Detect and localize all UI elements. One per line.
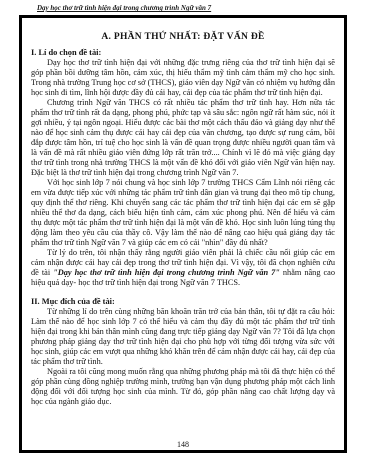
section-1-heading: I. Lí do chọn đề tài: [31, 48, 335, 58]
section-2-heading: II. Mục đích của đề tài: [31, 297, 335, 307]
section-purpose: II. Mục đích của đề tài: Từ những lí do … [31, 297, 335, 407]
running-header: Dạy học thơ trữ tình hiện đại trong chươ… [37, 4, 336, 13]
paragraph-6: Ngoài ra tôi cũng mong muốn rằng qua nhữ… [31, 367, 335, 407]
paragraph-3: Với học sinh lớp 7 nói chung và học sinh… [31, 178, 335, 248]
section-reason: I. Lí do chọn đề tài: Dạy học thơ trữ tì… [31, 48, 335, 288]
paragraph-1: Dạy học thơ trữ tình hiện đại với những … [31, 58, 335, 98]
document-page: Dạy học thơ trữ tình hiện đại trong chươ… [0, 0, 366, 473]
page-title: A. PHẦN THỨ NHẤT: ĐẶT VẤN ĐỀ [31, 31, 335, 43]
paragraph-5: Từ những lí do trên cùng những băn khoăn… [31, 307, 335, 367]
paragraph-4: Từ lý do trên, tôi nhận thấy rằng người … [31, 248, 335, 288]
page-number: 148 [22, 440, 344, 449]
thesis-title-quote: "Dạy học thơ trữ tình hiện đại trong chư… [53, 268, 280, 277]
paragraph-2: Chương trình Ngữ văn THCS có rất nhiều t… [31, 98, 335, 178]
page-frame: A. PHẦN THỨ NHẤT: ĐẶT VẤN ĐỀ I. Lí do ch… [19, 15, 347, 453]
